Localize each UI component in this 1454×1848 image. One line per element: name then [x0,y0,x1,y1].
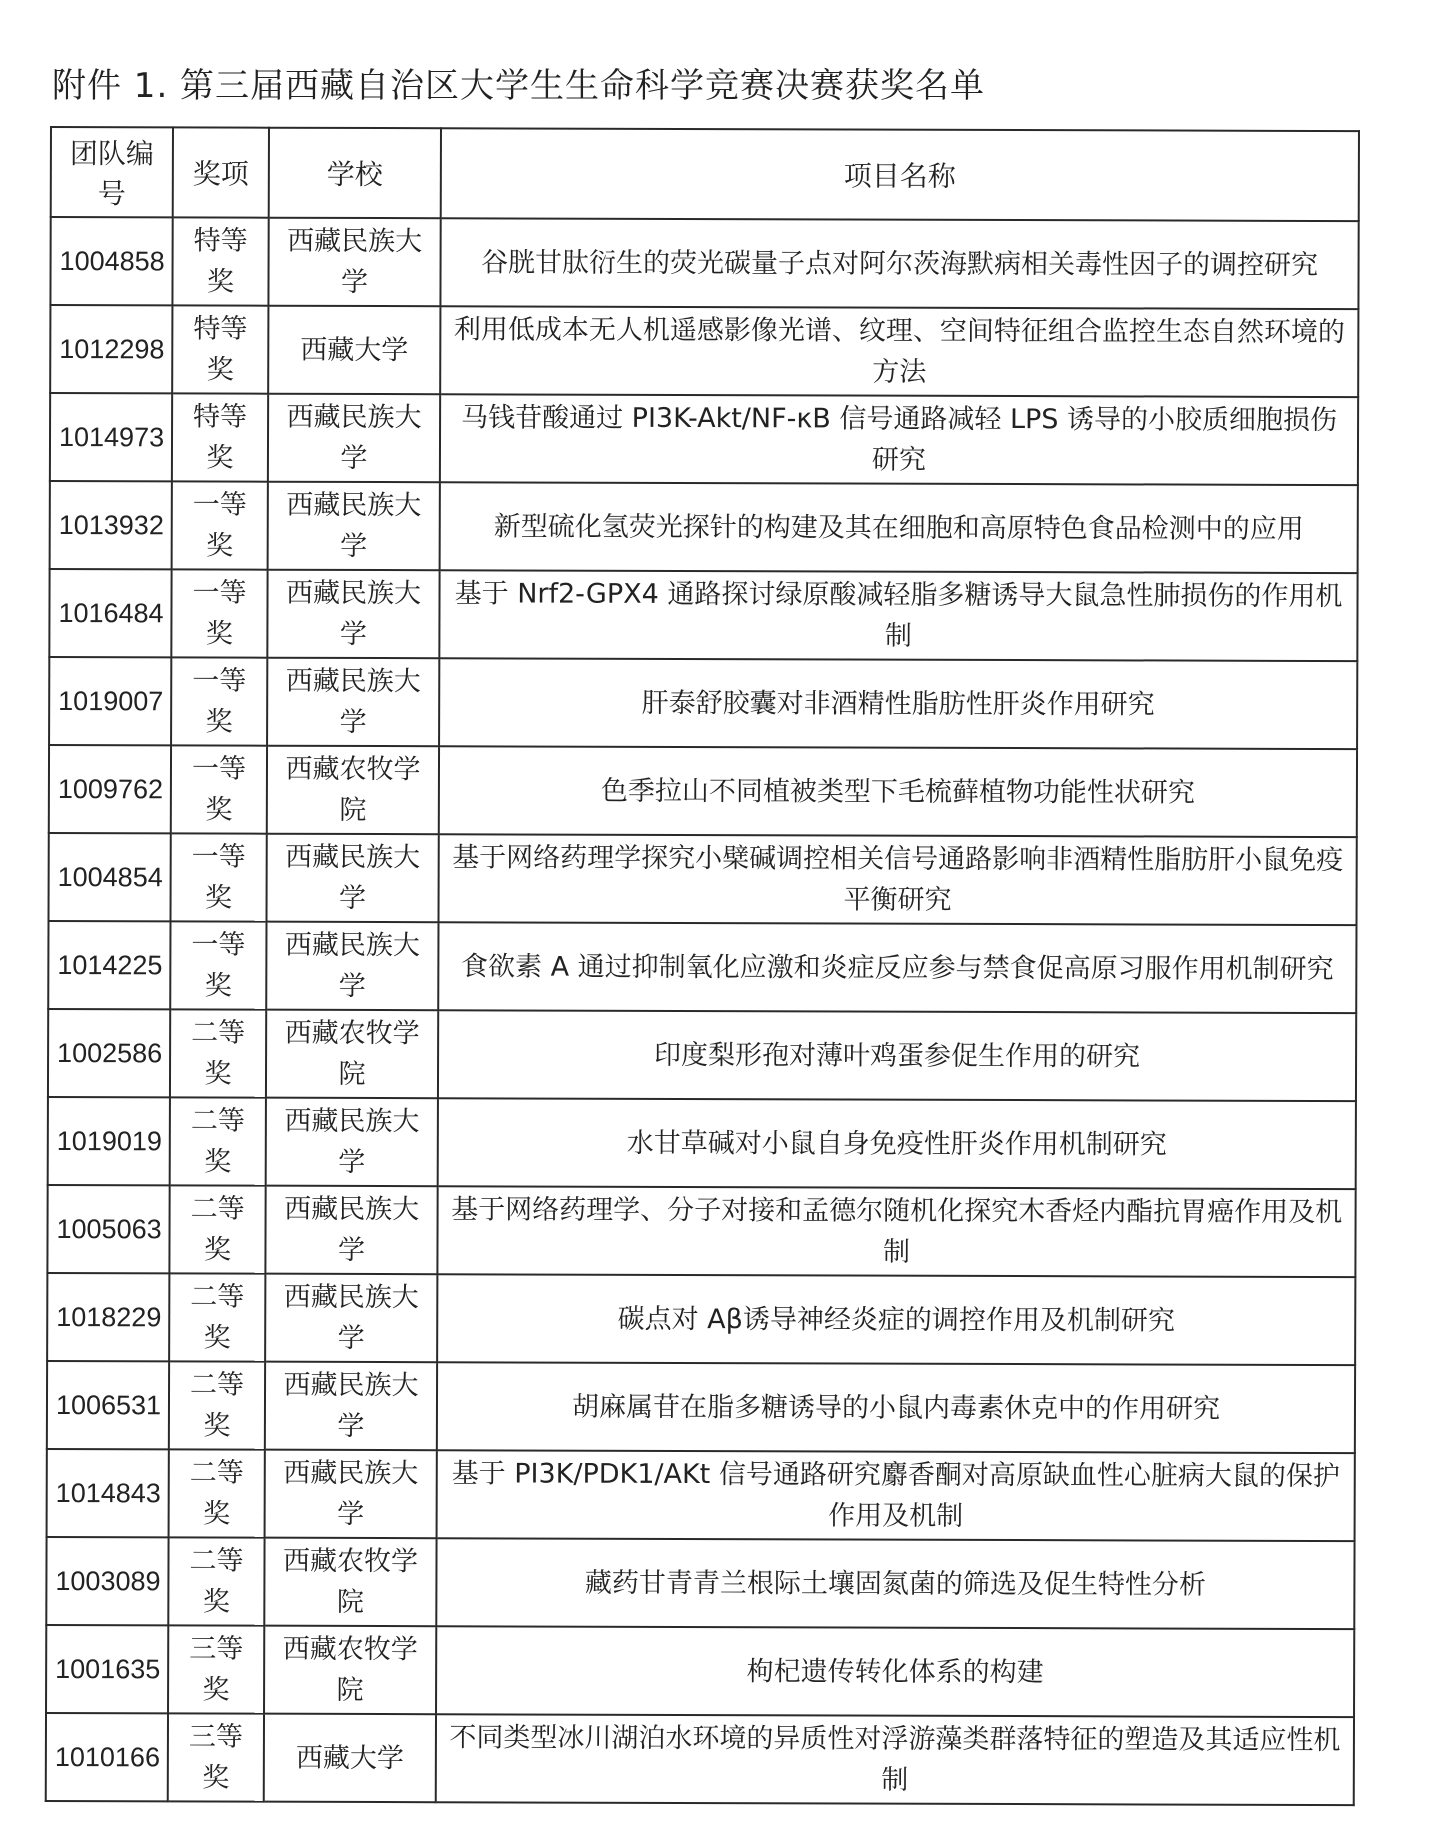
project-cell: 不同类型冰川湖泊水环境的异质性对浮游藻类群落特征的塑造及其适应性机制 [436,1714,1354,1805]
team-id-cell: 1012298 [50,305,172,393]
project-cell: 基于 Nrf2-GPX4 通路探讨绿原酸减轻脂多糖诱导大鼠急性肺损伤的作用机制 [439,570,1357,661]
project-cell: 枸杞遗传转化体系的构建 [436,1626,1354,1717]
table-row: 1006531 二等奖 西藏民族大学 胡麻属苷在脂多糖诱导的小鼠内毒素休克中的作… [47,1361,1355,1453]
table-row: 1002586 二等奖 西藏农牧学院 印度梨形孢对薄叶鸡蛋参促生作用的研究 [48,1009,1356,1101]
school-cell: 西藏民族大学 [268,394,440,483]
project-cell: 印度梨形孢对薄叶鸡蛋参促生作用的研究 [438,1010,1356,1101]
team-id-cell: 1014973 [50,393,172,481]
project-cell: 基于 PI3K/PDK1/AKt 信号通路研究麝香酮对高原缺血性心脏病大鼠的保护… [437,1450,1355,1541]
awards-table: 团队编号 奖项 学校 项目名称 1004858 特等奖 西藏民族大学 谷胱甘肽衍… [45,126,1360,1806]
school-cell: 西藏民族大学 [268,482,440,571]
award-cell: 二等奖 [168,1537,264,1625]
header-project: 项目名称 [441,128,1359,221]
team-id-cell: 1001635 [46,1625,168,1713]
award-cell: 二等奖 [169,1273,265,1361]
table-row: 1012298 特等奖 西藏大学 利用低成本无人机遥感影像光谱、纹理、空间特征组… [50,305,1358,397]
school-cell: 西藏民族大学 [265,1450,437,1539]
table-row: 1001635 三等奖 西藏农牧学院 枸杞遗传转化体系的构建 [46,1625,1354,1717]
school-cell: 西藏农牧学院 [266,1010,438,1099]
award-cell: 二等奖 [169,1449,265,1537]
school-cell: 西藏大学 [268,306,440,395]
table-row: 1010166 三等奖 西藏大学 不同类型冰川湖泊水环境的异质性对浮游藻类群落特… [46,1713,1354,1805]
team-id-cell: 1004854 [49,833,171,921]
team-id-cell: 1010166 [46,1713,168,1801]
table-row: 1014843 二等奖 西藏民族大学 基于 PI3K/PDK1/AKt 信号通路… [47,1449,1355,1541]
table-row: 1018229 二等奖 西藏民族大学 碳点对 Aβ诱导神经炎症的调控作用及机制研… [47,1273,1355,1365]
award-cell: 一等奖 [171,833,267,921]
table-row: 1005063 二等奖 西藏民族大学 基于网络药理学、分子对接和孟德尔随机化探究… [47,1185,1355,1277]
table-row: 1004854 一等奖 西藏民族大学 基于网络药理学探究小檗碱调控相关信号通路影… [49,833,1357,925]
award-cell: 二等奖 [170,1097,266,1185]
table-row: 1004858 特等奖 西藏民族大学 谷胱甘肽衍生的荧光碳量子点对阿尔茨海默病相… [50,217,1358,309]
project-cell: 利用低成本无人机遥感影像光谱、纹理、空间特征组合监控生态自然环境的方法 [440,306,1358,397]
team-id-cell: 1005063 [47,1185,169,1273]
school-cell: 西藏民族大学 [266,922,438,1011]
award-cell: 三等奖 [168,1625,264,1713]
team-id-cell: 1002586 [48,1009,170,1097]
award-cell: 一等奖 [172,481,268,569]
school-cell: 西藏农牧学院 [267,746,439,835]
award-cell: 特等奖 [172,217,268,305]
header-team-id: 团队编号 [51,127,173,217]
school-cell: 西藏民族大学 [265,1362,437,1451]
project-cell: 藏药甘青青兰根际土壤固氮菌的筛选及促生特性分析 [436,1538,1354,1629]
school-cell: 西藏民族大学 [267,570,439,659]
school-cell: 西藏大学 [264,1714,436,1803]
team-id-cell: 1019007 [49,657,171,745]
award-cell: 特等奖 [172,393,268,481]
team-id-cell: 1013932 [50,481,172,569]
project-cell: 肝泰舒胶囊对非酒精性脂肪性肝炎作用研究 [439,658,1357,749]
project-cell: 马钱苷酸通过 PI3K-Akt/NF-κB 信号通路减轻 LPS 诱导的小胶质细… [440,394,1358,485]
team-id-cell: 1006531 [47,1361,169,1449]
award-cell: 二等奖 [169,1361,265,1449]
team-id-cell: 1014225 [48,921,170,1009]
school-cell: 西藏民族大学 [266,1098,438,1187]
project-cell: 基于网络药理学探究小檗碱调控相关信号通路影响非酒精性脂肪肝小鼠免疫平衡研究 [439,834,1357,925]
school-cell: 西藏农牧学院 [264,1538,436,1627]
school-cell: 西藏民族大学 [268,218,440,307]
project-cell: 新型硫化氢荧光探针的构建及其在细胞和高原特色食品检测中的应用 [440,482,1358,573]
project-cell: 谷胱甘肽衍生的荧光碳量子点对阿尔茨海默病相关毒性因子的调控研究 [440,218,1358,309]
header-award: 奖项 [173,127,269,217]
project-cell: 食欲素 A 通过抑制氧化应激和炎症反应参与禁食促高原习服作用机制研究 [438,922,1356,1013]
table-row: 1016484 一等奖 西藏民族大学 基于 Nrf2-GPX4 通路探讨绿原酸减… [49,569,1357,661]
team-id-cell: 1016484 [49,569,171,657]
project-cell: 色季拉山不同植被类型下毛梳藓植物功能性状研究 [439,746,1357,837]
table-row: 1019019 二等奖 西藏民族大学 水甘草碱对小鼠自身免疫性肝炎作用机制研究 [48,1097,1356,1189]
project-cell: 基于网络药理学、分子对接和孟德尔随机化探究木香烃内酯抗胃癌作用及机制 [437,1186,1355,1277]
school-cell: 西藏民族大学 [265,1186,437,1275]
team-id-cell: 1018229 [47,1273,169,1361]
team-id-cell: 1004858 [50,217,172,305]
table-row: 1014973 特等奖 西藏民族大学 马钱苷酸通过 PI3K-Akt/NF-κB… [50,393,1358,485]
award-cell: 特等奖 [172,305,268,393]
award-cell: 一等奖 [171,657,267,745]
school-cell: 西藏民族大学 [267,658,439,747]
school-cell: 西藏民族大学 [267,834,439,923]
project-cell: 水甘草碱对小鼠自身免疫性肝炎作用机制研究 [438,1098,1356,1189]
document-title: 附件 1. 第三届西藏自治区大学生生命科学竞赛决赛获奖名单 [52,58,985,107]
table-row: 1014225 一等奖 西藏民族大学 食欲素 A 通过抑制氧化应激和炎症反应参与… [48,921,1356,1013]
team-id-cell: 1014843 [47,1449,169,1537]
award-cell: 二等奖 [169,1185,265,1273]
award-cell: 一等奖 [170,921,266,1009]
award-cell: 一等奖 [171,745,267,833]
table-row: 1003089 二等奖 西藏农牧学院 藏药甘青青兰根际土壤固氮菌的筛选及促生特性… [46,1537,1354,1629]
project-cell: 胡麻属苷在脂多糖诱导的小鼠内毒素休克中的作用研究 [437,1362,1355,1453]
award-cell: 三等奖 [168,1713,264,1801]
award-cell: 二等奖 [170,1009,266,1097]
header-school: 学校 [269,128,441,219]
table-row: 1019007 一等奖 西藏民族大学 肝泰舒胶囊对非酒精性脂肪性肝炎作用研究 [49,657,1357,749]
team-id-cell: 1009762 [49,745,171,833]
school-cell: 西藏民族大学 [265,1274,437,1363]
project-cell: 碳点对 Aβ诱导神经炎症的调控作用及机制研究 [437,1274,1355,1365]
table-row: 1013932 一等奖 西藏民族大学 新型硫化氢荧光探针的构建及其在细胞和高原特… [50,481,1358,573]
table-header-row: 团队编号 奖项 学校 项目名称 [51,127,1359,221]
school-cell: 西藏农牧学院 [264,1626,436,1715]
table-row: 1009762 一等奖 西藏农牧学院 色季拉山不同植被类型下毛梳藓植物功能性状研… [49,745,1357,837]
team-id-cell: 1003089 [46,1537,168,1625]
award-cell: 一等奖 [171,569,267,657]
team-id-cell: 1019019 [48,1097,170,1185]
